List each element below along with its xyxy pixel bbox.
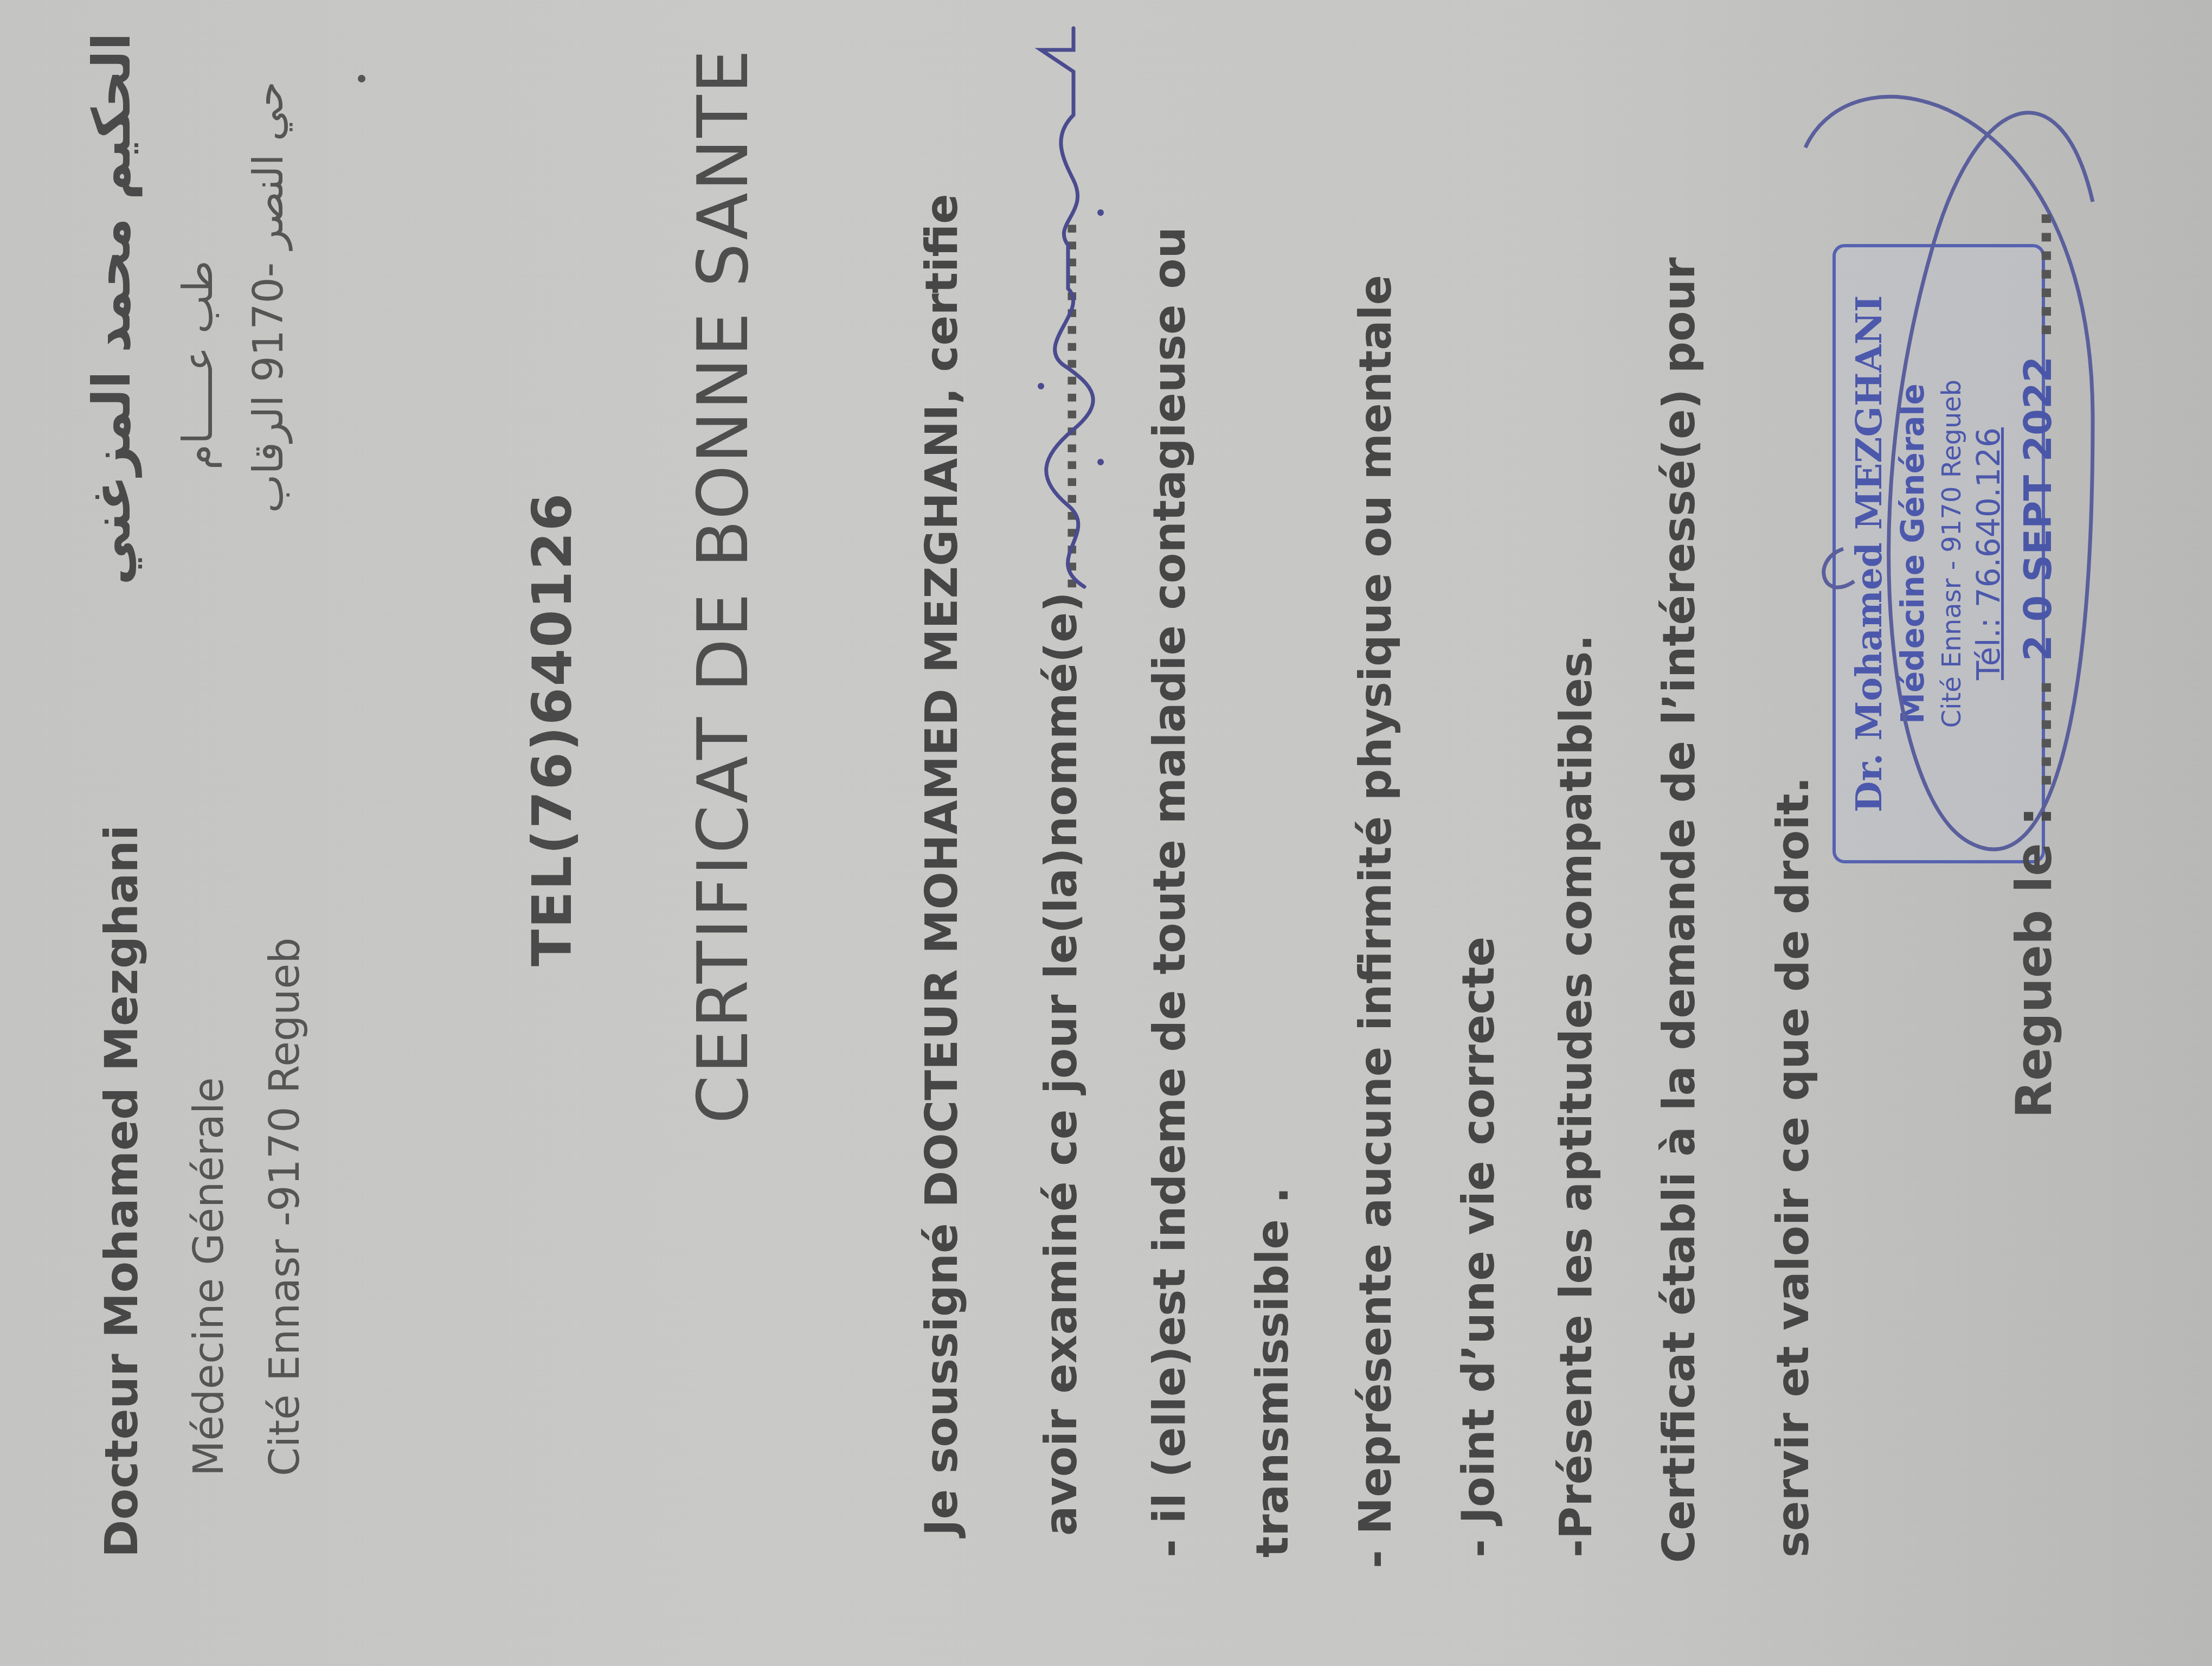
handwriting-scribble-icon [1019, 23, 1106, 592]
body-line-1: Je soussigné DOCTEUR MOHAMED MEZGHANI, c… [916, 194, 968, 1536]
body-line-8: Certificat établi à la demande de l’inté… [1654, 258, 1705, 1563]
doctor-name-ar: الحكيم محمد المزغني [81, 33, 142, 585]
body-line-5: - Neprésente aucune infirmité physique o… [1350, 275, 1401, 1568]
body-line-4: transmissible . [1247, 1187, 1298, 1558]
date-dots-before: ...... [2006, 678, 2063, 790]
address-fr: Cité Ennasr -9170 Regueb [260, 938, 308, 1476]
date-line: Regueb le : ...... 2 0 SEPT 2022 ....... [2006, 209, 2063, 1118]
doctor-name-fr: Docteur Mohamed Mezghani [95, 825, 148, 1558]
ink-speck [358, 75, 365, 82]
phone-number: TEL(76)640126 [520, 492, 584, 966]
certificate-title: CERTIFICAT DE BONNE SANTE [683, 48, 764, 1124]
body-line-2-text: avoir examiné ce jour le(la)nommé(e) [1036, 592, 1087, 1536]
specialty-fr: Médecine Générale [184, 1077, 233, 1476]
date-dots-after: ....... [2006, 209, 2063, 339]
body-line-7: -Présente les aptitudes compatibles. [1551, 635, 1602, 1558]
body-line-3: - il (elle)est indeme de toute maladie c… [1144, 227, 1195, 1558]
date-label: Regueb le : [2006, 806, 2063, 1118]
signature-icon [1789, 39, 2114, 907]
address-ar: حي النصر -9170 الرقاب [244, 81, 292, 513]
certificate-page: Docteur Mohamed Mezghani Médecine Généra… [0, 0, 2212, 1666]
body-line-6: - Joint d’une vie correcte [1453, 937, 1504, 1558]
handwritten-patient-name [1019, 23, 1116, 592]
stamped-date: 2 0 SEPT 2022 [2016, 356, 2060, 662]
specialty-ar: طب عـــــام [173, 260, 222, 470]
